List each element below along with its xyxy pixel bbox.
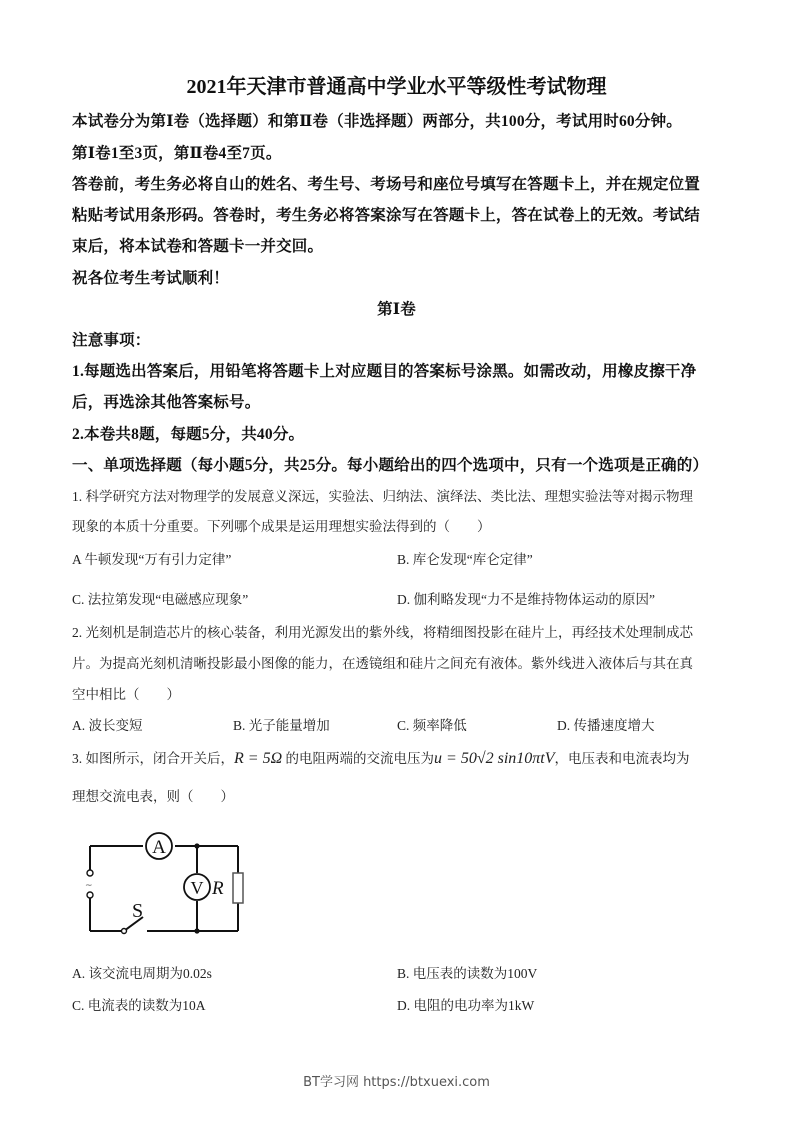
voltage-expression: u = 50√2 sin10πtV [434, 750, 554, 767]
q1-option-d: D. 伽利略发现“力不是维持物体运动的原因” [397, 588, 655, 608]
q2-option-d: D. 传播速度增大 [557, 714, 655, 734]
q1-line-2: 现象的本质十分重要。下列哪个成果是运用理想实验法得到的（ ） [72, 515, 491, 535]
note-1-line-1: 1.每题选出答案后，用铅笔将答题卡上对应题目的答案标号涂黑。如需改动，用橡皮擦干… [72, 359, 696, 381]
q3-option-d: D. 电阻的电功率为1kW [397, 994, 534, 1014]
exam-page: 2021年天津市普通高中学业水平等级性考试物理 本试卷分为第Ⅰ卷（选择题）和第Ⅱ… [0, 0, 793, 1122]
part-heading: 一、单项选择题（每小题5分，共25分。每小题给出的四个选项中，只有一个选项是正确… [72, 453, 708, 475]
svg-text:A: A [152, 837, 166, 858]
q2-option-c: C. 频率降低 [397, 714, 467, 734]
intro-line-2: 第Ⅰ卷1至3页，第Ⅱ卷4至7页。 [72, 141, 282, 163]
q1-option-b: B. 库仑发现“库仑定律” [397, 548, 533, 568]
q3-line-2: 理想交流电表，则（ ） [72, 785, 234, 805]
resistor-icon [233, 873, 243, 903]
q1-option-a: A 牛顿发现“万有引力定律” [72, 548, 231, 568]
resistor-label: R [211, 878, 224, 899]
svg-text:S: S [132, 900, 143, 922]
q3-option-c: C. 电流表的读数为10A [72, 994, 206, 1014]
resistor-expression: R = 5Ω [234, 750, 282, 767]
circuit-diagram: A V R ~ S [80, 825, 250, 940]
q2-option-a: A. 波长变短 [72, 714, 143, 734]
q2-line-1: 2. 光刻机是制造芯片的核心装备，利用光源发出的紫外线，将精细图投影在硅片上，再… [72, 621, 693, 641]
intro-line-5: 束后，将本试卷和答题卡一并交回。 [72, 234, 323, 256]
q3-line-1: 3. 如图所示，闭合开关后，R = 5Ω 的电阻两端的交流电压为u = 50√2… [72, 747, 690, 768]
q3-suffix: ，电压表和电流表均为 [555, 751, 690, 766]
page-title: 2021年天津市普通高中学业水平等级性考试物理 [0, 70, 793, 99]
footer-watermark: BT学习网 https://btxuexi.com [0, 1071, 793, 1090]
voltmeter-icon: V [184, 874, 210, 900]
ac-source-icon: ~ [85, 870, 93, 898]
q2-line-3: 空中相比（ ） [72, 683, 180, 703]
svg-text:~: ~ [85, 881, 93, 891]
q2-option-b: B. 光子能量增加 [233, 714, 330, 734]
q1-option-c: C. 法拉第发现“电磁感应现象” [72, 588, 248, 608]
q2-line-2: 片。为提高光刻机清晰投影最小图像的能力，在透镜组和硅片之间充有液体。紫外线进入液… [72, 652, 693, 672]
intro-line-3: 答卷前，考生务必将自山的姓名、考生号、考场号和座位号填写在答题卡上，并在规定位置 [72, 172, 700, 194]
q3-mid: 的电阻两端的交流电压为 [282, 751, 434, 766]
q3-option-b: B. 电压表的读数为100V [397, 962, 537, 982]
svg-text:V: V [191, 878, 204, 898]
section-title: 第Ⅰ卷 [0, 297, 793, 319]
intro-line-4: 粘贴考试用条形码。答卷时，考生务必将答案涂写在答题卡上，答在试卷上的无效。考试结 [72, 203, 700, 225]
q3-option-a: A. 该交流电周期为0.02s [72, 962, 212, 982]
q1-line-1: 1. 科学研究方法对物理学的发展意义深远，实验法、归纳法、演绎法、类比法、理想实… [72, 485, 693, 505]
notes-heading: 注意事项： [72, 328, 151, 350]
junction-dot-top [194, 843, 199, 848]
junction-dot-bottom [194, 928, 199, 933]
ammeter-icon: A [146, 833, 172, 859]
switch-icon: S [122, 900, 144, 934]
note-2: 2.本卷共8题，每题5分，共40分。 [72, 422, 304, 444]
intro-line-1: 本试卷分为第Ⅰ卷（选择题）和第Ⅱ卷（非选择题）两部分，共100分，考试用时60分… [72, 109, 682, 131]
q3-prefix: 3. 如图所示，闭合开关后， [72, 751, 234, 766]
intro-line-6: 祝各位考生考试顺利！ [72, 266, 229, 288]
note-1-line-2: 后，再选涂其他答案标号。 [72, 390, 260, 412]
